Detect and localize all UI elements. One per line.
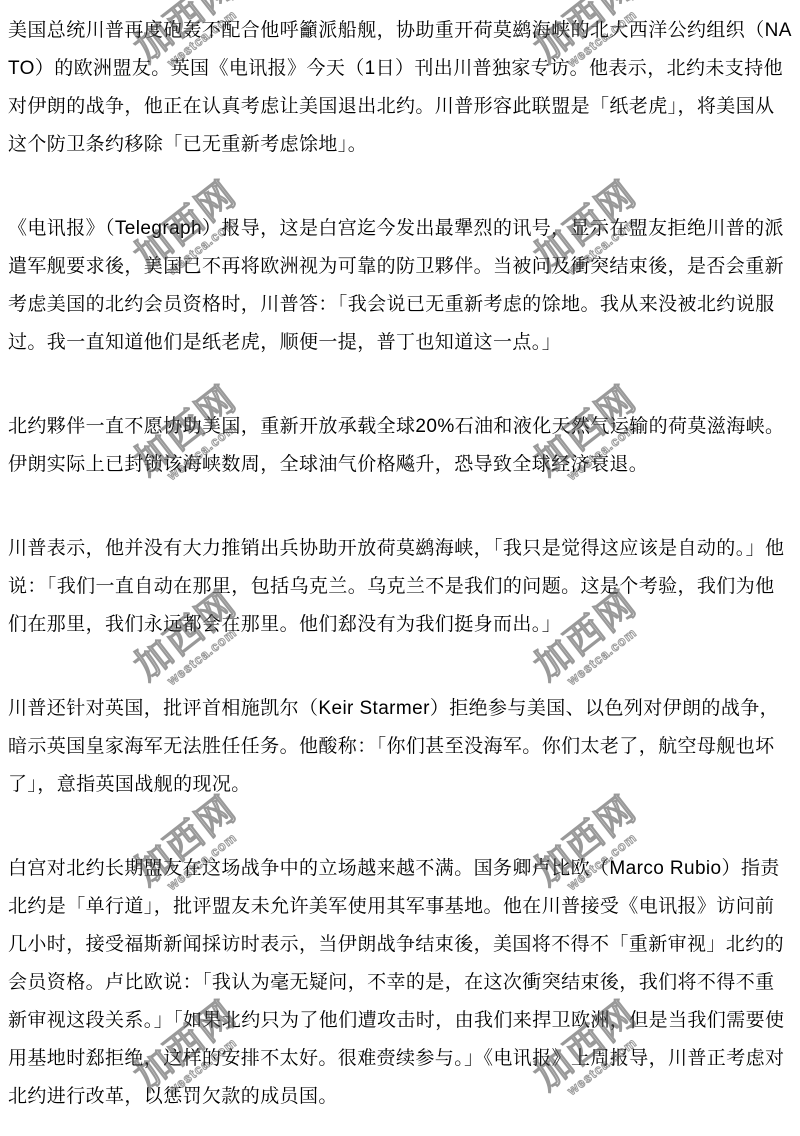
news-article: 美国总统川普再度砲轰不配合他呼籲派船舰，协助重开荷莫鹚海峡的北大西洋公约组织（N…: [0, 0, 800, 1116]
article-paragraph-2: 《电讯报》（Telegraph）报导，这是白宫迄今发出最犟烈的讯号，显示在盟友拒…: [8, 210, 792, 362]
article-paragraph-6: 白宫对北约长期盟友在这场战争中的立场越来越不满。国务卿卢比欧（Marco Rub…: [8, 850, 792, 1116]
article-paragraph-4: 川普表示，他并没有大力推销出兵协助开放荷莫鹚海峡，「我只是觉得这应该是自动的。」…: [8, 530, 792, 644]
article-paragraph-3: 北约夥伴一直不愿协助美国，重新开放承载全球20%石油和液化天然气运输的荷莫滋海峡…: [8, 408, 792, 484]
article-paragraph-5: 川普还针对英国，批评首相施凯尔（Keir Starmer）拒绝参与美国、以色列对…: [8, 690, 792, 804]
article-paragraph-1: 美国总统川普再度砲轰不配合他呼籲派船舰，协助重开荷莫鹚海峡的北大西洋公约组织（N…: [8, 12, 792, 164]
